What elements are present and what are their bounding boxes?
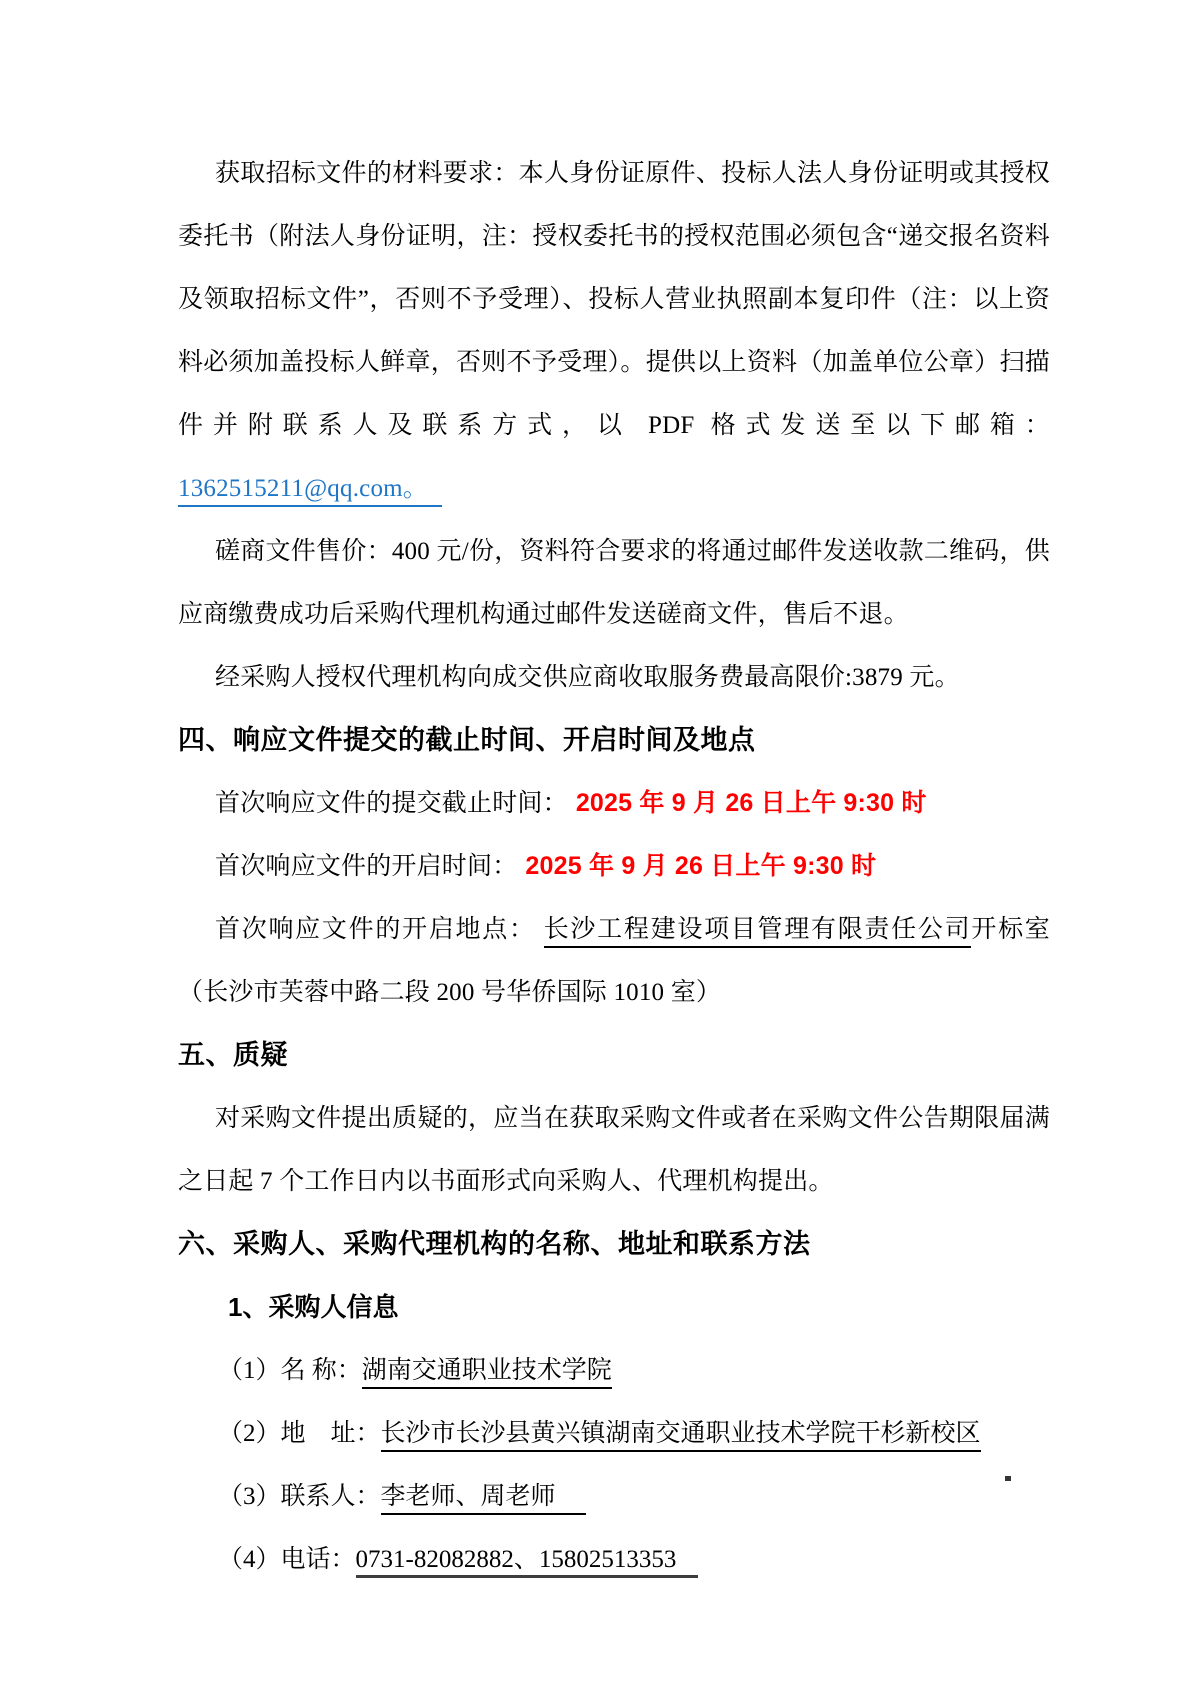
purchaser-address-value: 长沙市长沙县黄兴镇湖南交通职业技术学院干杉新校区 xyxy=(381,1420,981,1452)
para-document-price: 磋商文件售价：400 元/份，资料符合要求的将通过邮件发送收款二维码，供应商缴费… xyxy=(178,520,1050,646)
para-material-text: 获取招标文件的材料要求：本人身份证原件、投标人法人身份证明或其授权委托书（附法人… xyxy=(178,160,1050,439)
subheading-purchaser-info: 1、采购人信息 xyxy=(178,1276,1050,1339)
purchaser-contact-value: 李老师、周老师 xyxy=(381,1483,586,1515)
line-open-place: 首次响应文件的开启地点： 长沙工程建设项目管理有限责任公司开标室（长沙市芙蓉中路… xyxy=(178,898,1050,1024)
item-purchaser-phone: （4）电话：0731-82082882、15802513353 xyxy=(178,1528,1050,1591)
stray-period-mark xyxy=(1005,1476,1011,1481)
purchaser-phone-value: 0731-82082882、15802513353 xyxy=(356,1546,699,1578)
underline-tail xyxy=(556,1503,586,1504)
underline-tail xyxy=(676,1566,698,1567)
document-content: 获取招标文件的材料要求：本人身份证原件、投标人法人身份证明或其授权委托书（附法人… xyxy=(178,142,1050,1591)
item-purchaser-contact: （3）联系人：李老师、周老师 xyxy=(178,1465,1050,1528)
para-material-requirements: 获取招标文件的材料要求：本人身份证原件、投标人法人身份证明或其授权委托书（附法人… xyxy=(178,142,1050,520)
heading-section-six: 六、采购人、采购代理机构的名称、地址和联系方法 xyxy=(178,1213,1050,1276)
email-link[interactable]: 1362515211@qq.com。 xyxy=(178,475,442,507)
purchaser-name-value: 湖南交通职业技术学院 xyxy=(362,1357,612,1389)
open-place-label: 首次响应文件的开启地点： xyxy=(215,916,544,943)
purchaser-phone-label: （4）电话： xyxy=(218,1546,356,1573)
purchaser-address-label: （2）地 址： xyxy=(218,1420,381,1447)
open-place-company: 长沙工程建设项目管理有限责任公司 xyxy=(544,916,972,948)
heading-section-four: 四、响应文件提交的截止时间、开启时间及地点 xyxy=(178,709,1050,772)
document-page: 获取招标文件的材料要求：本人身份证原件、投标人法人身份证明或其授权委托书（附法人… xyxy=(0,0,1191,1684)
purchaser-phone-text: 0731-82082882、15802513353 xyxy=(356,1546,677,1573)
item-purchaser-name: （1）名 称：湖南交通职业技术学院 xyxy=(178,1339,1050,1402)
underline-tail xyxy=(428,495,442,496)
submit-deadline-value: 2025 年 9 月 26 日上午 9:30 时 xyxy=(576,789,927,817)
item-purchaser-address: （2）地 址：长沙市长沙县黄兴镇湖南交通职业技术学院干杉新校区 xyxy=(178,1402,1050,1465)
para-service-fee: 经采购人授权代理机构向成交供应商收取服务费最高限价:3879 元。 xyxy=(178,646,1050,709)
purchaser-contact-label: （3）联系人： xyxy=(218,1483,381,1510)
submit-deadline-label: 首次响应文件的提交截止时间： xyxy=(215,790,568,817)
line-open-time: 首次响应文件的开启时间：2025 年 9 月 26 日上午 9:30 时 xyxy=(178,835,1050,898)
email-text: 1362515211@qq.com。 xyxy=(178,475,428,502)
para-query: 对采购文件提出质疑的，应当在获取采购文件或者在采购文件公告期限届满之日起 7 个… xyxy=(178,1087,1050,1213)
purchaser-contact-text: 李老师、周老师 xyxy=(381,1483,556,1510)
heading-section-five: 五、质疑 xyxy=(178,1024,1050,1087)
open-time-label: 首次响应文件的开启时间： xyxy=(215,853,517,880)
purchaser-name-label: （1）名 称： xyxy=(218,1357,362,1384)
open-time-value: 2025 年 9 月 26 日上午 9:30 时 xyxy=(525,852,876,880)
line-submit-deadline: 首次响应文件的提交截止时间：2025 年 9 月 26 日上午 9:30 时 xyxy=(178,772,1050,835)
